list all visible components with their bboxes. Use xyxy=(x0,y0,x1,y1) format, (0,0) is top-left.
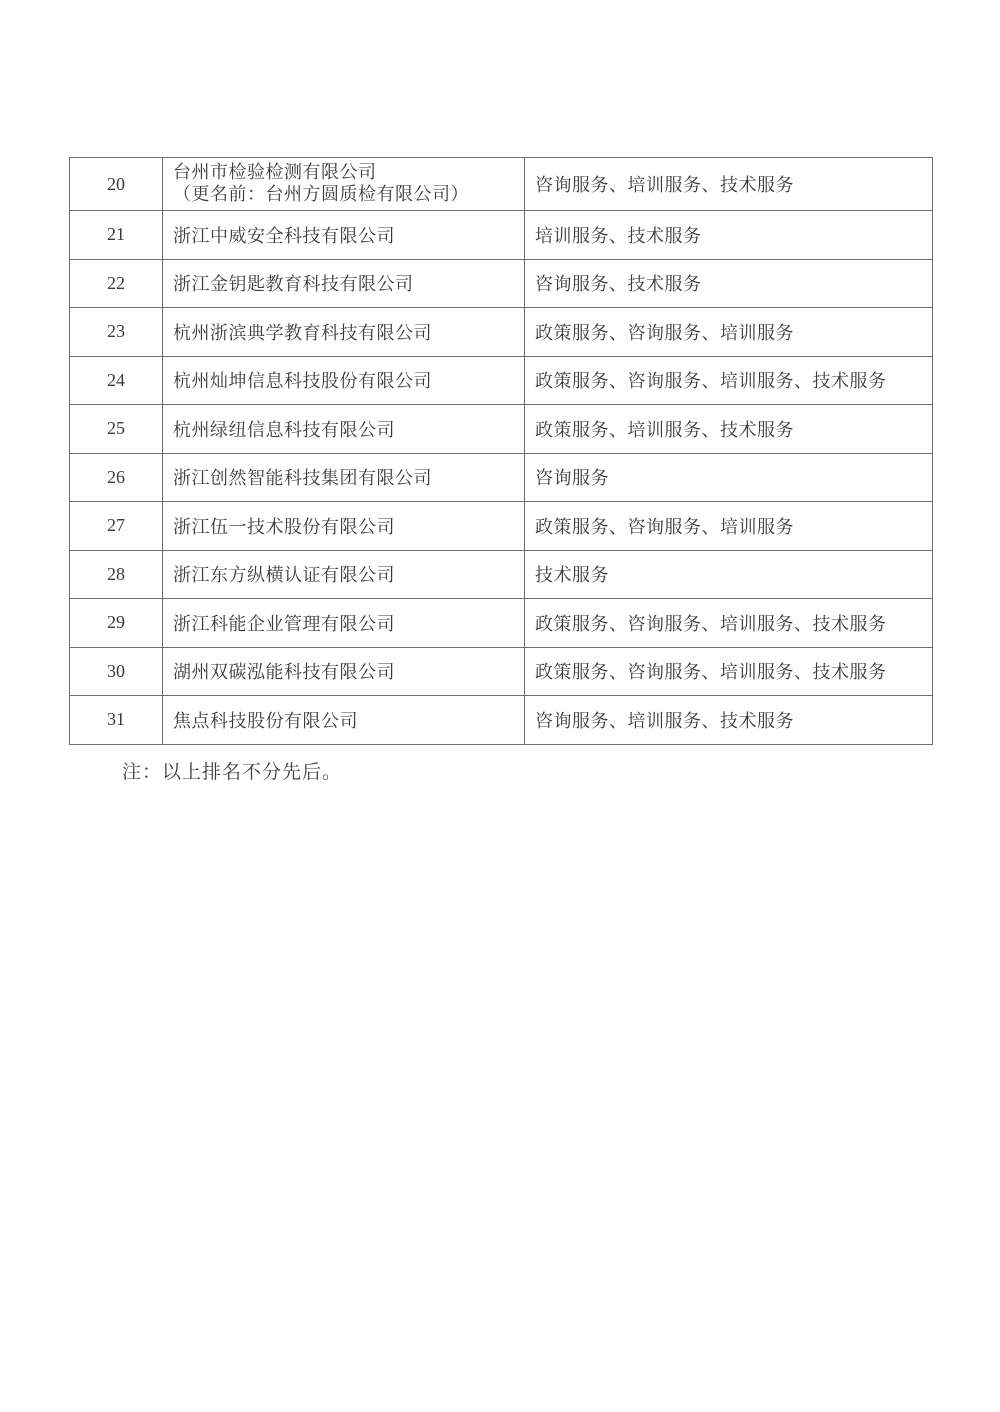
table-row: 20 台州市检验检测有限公司 （更名前：台州方圆质检有限公司） 咨询服务、培训服… xyxy=(70,158,933,211)
company-name: 台州市检验检测有限公司 （更名前：台州方圆质检有限公司） xyxy=(163,158,525,211)
company-name: 浙江科能企业管理有限公司 xyxy=(163,599,525,648)
document-page: 20 台州市检验检测有限公司 （更名前：台州方圆质检有限公司） 咨询服务、培训服… xyxy=(0,0,1000,1412)
service-types: 咨询服务 xyxy=(525,453,933,502)
company-name: 浙江创然智能科技集团有限公司 xyxy=(163,453,525,502)
company-name: 浙江金钥匙教育科技有限公司 xyxy=(163,259,525,308)
table-row: 23 杭州浙滨典学教育科技有限公司 政策服务、咨询服务、培训服务 xyxy=(70,308,933,357)
service-types: 政策服务、咨询服务、培训服务 xyxy=(525,502,933,551)
row-number: 20 xyxy=(70,158,163,211)
company-name: 浙江伍一技术股份有限公司 xyxy=(163,502,525,551)
company-name-former: （更名前：台州方圆质检有限公司） xyxy=(173,184,524,206)
row-number: 23 xyxy=(70,308,163,357)
company-name: 杭州绿纽信息科技有限公司 xyxy=(163,405,525,454)
table-row: 27 浙江伍一技术股份有限公司 政策服务、咨询服务、培训服务 xyxy=(70,502,933,551)
service-types: 咨询服务、培训服务、技术服务 xyxy=(525,696,933,745)
service-types: 政策服务、咨询服务、培训服务 xyxy=(525,308,933,357)
table-row: 29 浙江科能企业管理有限公司 政策服务、咨询服务、培训服务、技术服务 xyxy=(70,599,933,648)
service-types: 咨询服务、培训服务、技术服务 xyxy=(525,158,933,211)
service-types: 培训服务、技术服务 xyxy=(525,211,933,260)
service-types: 政策服务、培训服务、技术服务 xyxy=(525,405,933,454)
row-number: 24 xyxy=(70,356,163,405)
company-name: 焦点科技股份有限公司 xyxy=(163,696,525,745)
table-row: 28 浙江东方纵横认证有限公司 技术服务 xyxy=(70,550,933,599)
row-number: 28 xyxy=(70,550,163,599)
row-number: 22 xyxy=(70,259,163,308)
service-types: 咨询服务、技术服务 xyxy=(525,259,933,308)
row-number: 31 xyxy=(70,696,163,745)
table-row: 21 浙江中威安全科技有限公司 培训服务、技术服务 xyxy=(70,211,933,260)
company-name: 浙江中威安全科技有限公司 xyxy=(163,211,525,260)
service-provider-table: 20 台州市检验检测有限公司 （更名前：台州方圆质检有限公司） 咨询服务、培训服… xyxy=(69,157,933,745)
service-types: 政策服务、咨询服务、培训服务、技术服务 xyxy=(525,599,933,648)
row-number: 26 xyxy=(70,453,163,502)
table-row: 24 杭州灿坤信息科技股份有限公司 政策服务、咨询服务、培训服务、技术服务 xyxy=(70,356,933,405)
table-row: 31 焦点科技股份有限公司 咨询服务、培训服务、技术服务 xyxy=(70,696,933,745)
company-name-current: 台州市检验检测有限公司 xyxy=(173,162,524,184)
row-number: 29 xyxy=(70,599,163,648)
company-name: 湖州双碳泓能科技有限公司 xyxy=(163,647,525,696)
row-number: 27 xyxy=(70,502,163,551)
company-name: 杭州灿坤信息科技股份有限公司 xyxy=(163,356,525,405)
table-row: 25 杭州绿纽信息科技有限公司 政策服务、培训服务、技术服务 xyxy=(70,405,933,454)
service-types: 政策服务、咨询服务、培训服务、技术服务 xyxy=(525,647,933,696)
row-number: 21 xyxy=(70,211,163,260)
row-number: 25 xyxy=(70,405,163,454)
table-row: 22 浙江金钥匙教育科技有限公司 咨询服务、技术服务 xyxy=(70,259,933,308)
service-types: 技术服务 xyxy=(525,550,933,599)
company-name: 杭州浙滨典学教育科技有限公司 xyxy=(163,308,525,357)
table-row: 30 湖州双碳泓能科技有限公司 政策服务、咨询服务、培训服务、技术服务 xyxy=(70,647,933,696)
company-name: 浙江东方纵横认证有限公司 xyxy=(163,550,525,599)
row-number: 30 xyxy=(70,647,163,696)
table-row: 26 浙江创然智能科技集团有限公司 咨询服务 xyxy=(70,453,933,502)
footnote: 注：以上排名不分先后。 xyxy=(122,757,342,784)
service-types: 政策服务、咨询服务、培训服务、技术服务 xyxy=(525,356,933,405)
